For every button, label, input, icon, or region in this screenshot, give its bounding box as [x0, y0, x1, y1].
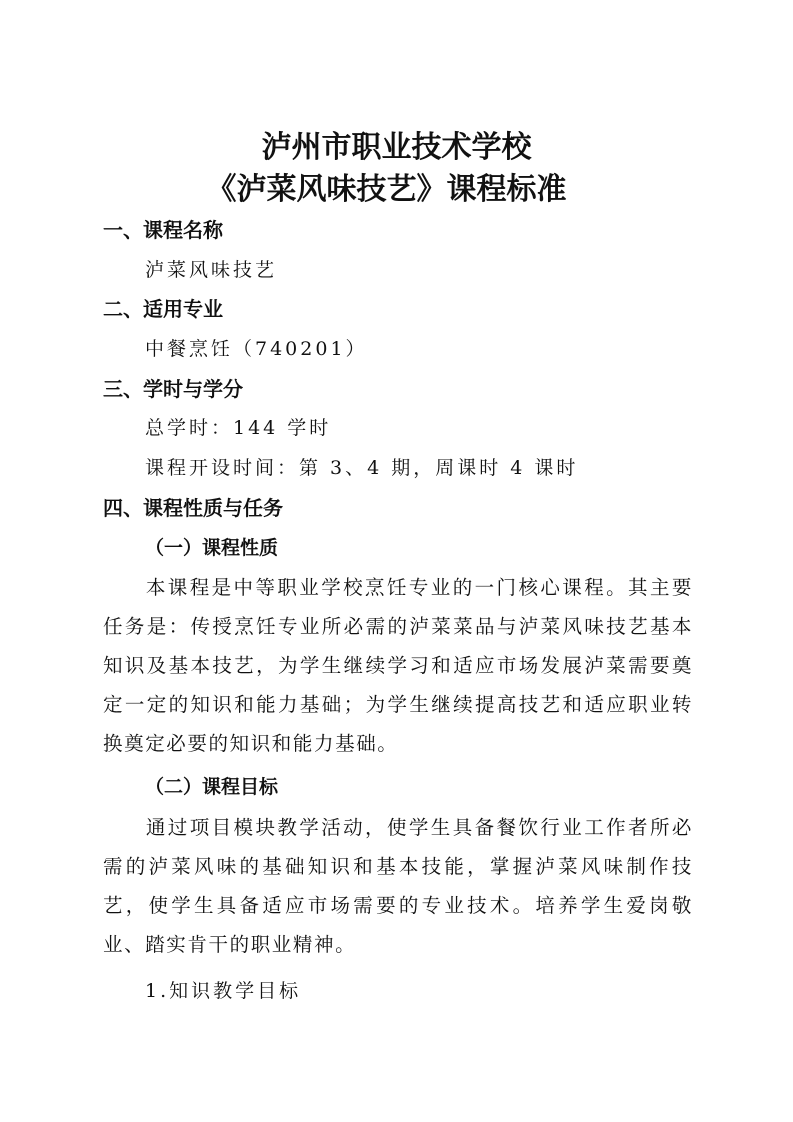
course-schedule: 课程开设时间：第 3、4 期，周课时 4 课时	[145, 454, 578, 482]
subsection-heading-course-goals: （二）课程目标	[145, 773, 278, 801]
document-page: 泸州市职业技术学校 《泸菜风味技艺》课程标准 一、课程名称 泸菜风味技艺 二、适…	[0, 0, 793, 1122]
course-goals-paragraph: 通过项目模块教学活动，使学生具备餐饮行业工作者所必需的泸菜风味的基础知识和基本技…	[103, 808, 693, 964]
course-standard-title: 《泸菜风味技艺》课程标准	[0, 170, 783, 210]
knowledge-goal-item: 1.知识教学目标	[145, 977, 301, 1005]
major-value: 中餐烹饪（740201）	[145, 335, 368, 363]
course-name-value: 泸菜风味技艺	[145, 256, 277, 284]
section-heading-hours-credits: 三、学时与学分	[103, 375, 243, 403]
subsection-heading-course-nature: （一）课程性质	[145, 534, 278, 562]
school-title: 泸州市职业技术学校	[0, 128, 793, 168]
section-heading-course-name: 一、课程名称	[103, 216, 223, 244]
total-hours: 总学时：144 学时	[145, 414, 331, 442]
section-heading-nature-tasks: 四、课程性质与任务	[103, 494, 283, 522]
section-heading-major: 二、适用专业	[103, 295, 223, 323]
course-nature-paragraph: 本课程是中等职业学校烹饪专业的一门核心课程。其主要任务是：传授烹饪专业所必需的泸…	[103, 568, 693, 763]
